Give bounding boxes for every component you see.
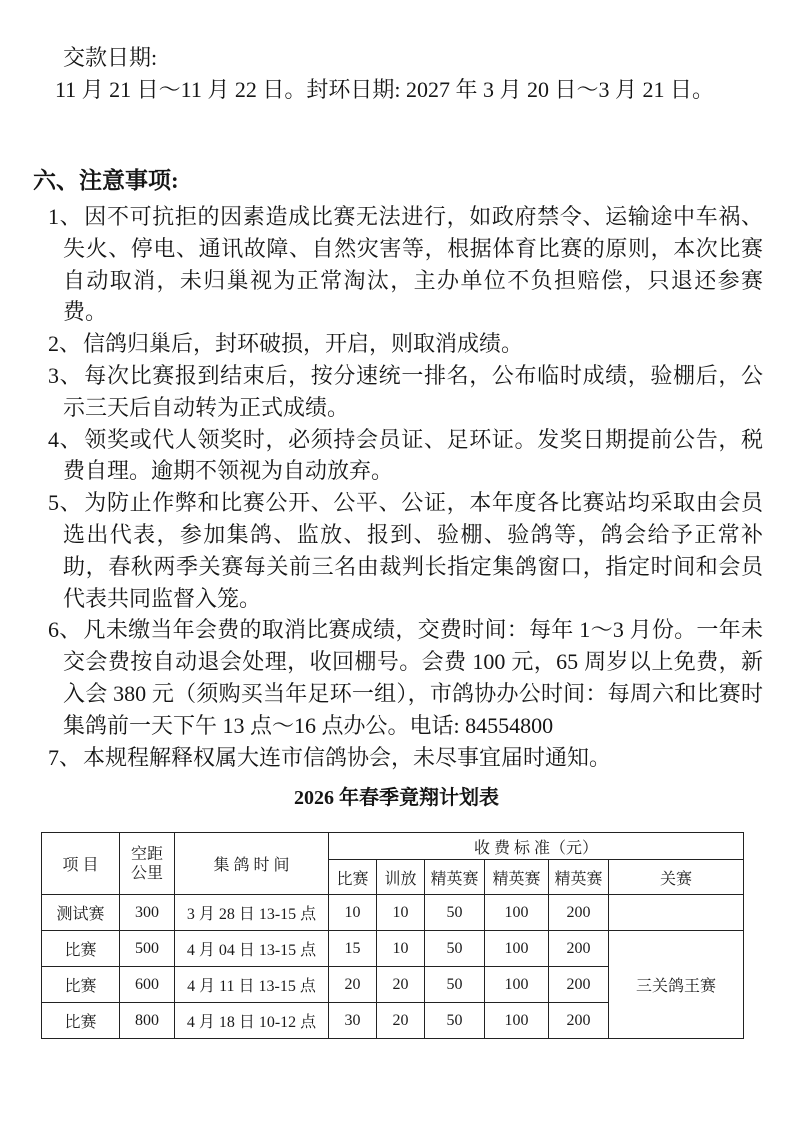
col-header-fees: 收 费 标 准（元） bbox=[329, 833, 744, 860]
note-item-text: 为防止作弊和比赛公开、公平、公证，本年度各比赛站均采取由会员选出代表，参加集鸽、… bbox=[63, 490, 763, 610]
fee-col-header: 精英赛 bbox=[425, 860, 485, 895]
document-page: 交款日期: 11 月 21 日～11 月 22 日。封环日期: 2027 年 3… bbox=[0, 0, 793, 1122]
table-cell: 比赛 bbox=[42, 931, 120, 967]
col-header-time: 集 鸽 时 间 bbox=[175, 833, 329, 895]
table-cell: 10 bbox=[377, 895, 425, 931]
table-cell: 20 bbox=[377, 1003, 425, 1039]
table-cell: 50 bbox=[425, 1003, 485, 1039]
note-item-number: 5、 bbox=[48, 490, 82, 515]
note-item-text: 本规程解释权属大连市信鸽协会，未尽事宜届时通知。 bbox=[83, 745, 611, 770]
payment-date-label: 交款日期: bbox=[63, 42, 793, 74]
note-item-number: 1、 bbox=[48, 204, 82, 229]
note-item-number: 4、 bbox=[48, 427, 82, 452]
note-item-5: 5、为防止作弊和比赛公开、公平、公证，本年度各比赛站均采取由会员选出代表，参加集… bbox=[63, 487, 763, 614]
note-item-7: 7、本规程解释权属大连市信鸽协会，未尽事宜届时通知。 bbox=[63, 742, 763, 774]
notes-list: 1、因不可抗拒的因素造成比赛无法进行，如政府禁令、运输途中车祸、失火、停电、通讯… bbox=[63, 201, 763, 773]
note-item-3: 3、每次比赛报到结束后，按分速统一排名，公布临时成绩，验棚后，公示三天后自动转为… bbox=[63, 360, 763, 424]
note-item-text: 领奖或代人领奖时，必须持会员证、足环证。发奖日期提前公告，税费自理。逾期不领视为… bbox=[63, 427, 763, 484]
note-item-4: 4、领奖或代人领奖时，必须持会员证、足环证。发奖日期提前公告，税费自理。逾期不领… bbox=[63, 424, 763, 488]
table-cell: 600 bbox=[120, 967, 175, 1003]
col-header-distance-line2: 公里 bbox=[122, 864, 172, 883]
table-cell: 4 月 18 日 10-12 点 bbox=[175, 1003, 329, 1039]
fee-col-header: 训放 bbox=[377, 860, 425, 895]
table-cell: 50 bbox=[425, 967, 485, 1003]
payment-date-range: 11 月 21 日～11 月 22 日。封环日期: 2027 年 3 月 20 … bbox=[55, 74, 793, 106]
table-cell: 50 bbox=[425, 931, 485, 967]
payment-date-block: 交款日期: 11 月 21 日～11 月 22 日。封环日期: 2027 年 3… bbox=[0, 0, 793, 106]
note-item-2: 2、信鸽归巢后，封环破损，开启，则取消成绩。 bbox=[63, 328, 763, 360]
table-cell: 100 bbox=[485, 931, 549, 967]
fee-col-header: 比赛 bbox=[329, 860, 377, 895]
note-item-text: 凡未缴当年会费的取消比赛成绩，交费时间：每年 1～3 月份。一年未交会费按自动退… bbox=[63, 617, 763, 737]
table-cell: 30 bbox=[329, 1003, 377, 1039]
table-cell: 500 bbox=[120, 931, 175, 967]
table-cell: 10 bbox=[329, 895, 377, 931]
table-cell: 3 月 28 日 13-15 点 bbox=[175, 895, 329, 931]
note-item-text: 每次比赛报到结束后，按分速统一排名，公布临时成绩，验棚后，公示三天后自动转为正式… bbox=[63, 363, 763, 420]
table-cell: 100 bbox=[485, 967, 549, 1003]
table-cell: 100 bbox=[485, 1003, 549, 1039]
table-cell: 200 bbox=[549, 1003, 609, 1039]
table-cell-guansai-merged: 三关鸽王赛 bbox=[609, 931, 744, 1039]
table-cell: 100 bbox=[485, 895, 549, 931]
table-cell: 200 bbox=[549, 931, 609, 967]
table-cell: 10 bbox=[377, 931, 425, 967]
table-cell: 50 bbox=[425, 895, 485, 931]
plan-table-title: 2026 年春季竟翔计划表 bbox=[0, 784, 793, 812]
table-cell: 20 bbox=[377, 967, 425, 1003]
table-cell: 4 月 11 日 13-15 点 bbox=[175, 967, 329, 1003]
notes-heading: 六、注意事项: bbox=[33, 166, 793, 196]
fee-col-header: 精英赛 bbox=[485, 860, 549, 895]
table-cell: 15 bbox=[329, 931, 377, 967]
table-cell: 200 bbox=[549, 895, 609, 931]
table-cell: 比赛 bbox=[42, 967, 120, 1003]
fee-col-header: 关赛 bbox=[609, 860, 744, 895]
note-item-number: 3、 bbox=[48, 363, 82, 388]
note-item-number: 6、 bbox=[48, 617, 82, 642]
table-row-2: 比赛 500 4 月 04 日 13-15 点 15 10 50 100 200… bbox=[42, 931, 744, 967]
table-cell: 4 月 04 日 13-15 点 bbox=[175, 931, 329, 967]
note-item-1: 1、因不可抗拒的因素造成比赛无法进行，如政府禁令、运输途中车祸、失火、停电、通讯… bbox=[63, 201, 763, 328]
note-item-text: 信鸽归巢后，封环破损，开启，则取消成绩。 bbox=[83, 331, 523, 356]
note-item-text: 因不可抗拒的因素造成比赛无法进行，如政府禁令、运输途中车祸、失火、停电、通讯故障… bbox=[63, 204, 763, 324]
col-header-distance-line1: 空距 bbox=[122, 845, 172, 864]
table-row-1: 测试赛 300 3 月 28 日 13-15 点 10 10 50 100 20… bbox=[42, 895, 744, 931]
table-cell: 300 bbox=[120, 895, 175, 931]
note-item-number: 7、 bbox=[48, 745, 81, 770]
table-cell: 比赛 bbox=[42, 1003, 120, 1039]
note-item-number: 2、 bbox=[48, 331, 81, 356]
table-cell: 20 bbox=[329, 967, 377, 1003]
table-cell: 800 bbox=[120, 1003, 175, 1039]
note-item-6: 6、凡未缴当年会费的取消比赛成绩，交费时间：每年 1～3 月份。一年未交会费按自… bbox=[63, 614, 763, 741]
col-header-distance: 空距 公里 bbox=[120, 833, 175, 895]
col-header-item: 项 目 bbox=[42, 833, 120, 895]
plan-table: 项 目 空距 公里 集 鸽 时 间 收 费 标 准（元） 比赛 训放 精英赛 精… bbox=[41, 832, 744, 1039]
table-cell: 测试赛 bbox=[42, 895, 120, 931]
table-cell: 200 bbox=[549, 967, 609, 1003]
fee-col-header: 精英赛 bbox=[549, 860, 609, 895]
table-cell-guansai-empty bbox=[609, 895, 744, 931]
